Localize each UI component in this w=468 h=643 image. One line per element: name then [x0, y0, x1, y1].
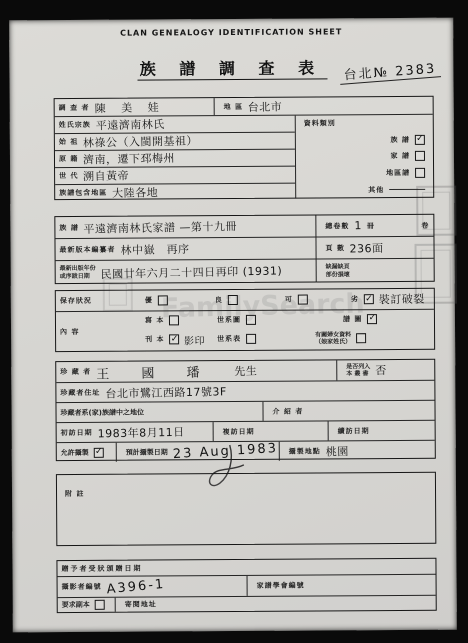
- category-option-other: 其他: [304, 184, 425, 195]
- generation-label: 世 代: [59, 171, 78, 181]
- condition-option-label: 劣: [351, 294, 359, 304]
- content-checkbox: [246, 334, 256, 344]
- film-place-label: 攝製地點: [289, 446, 321, 456]
- content-item-label: 刊 本: [145, 334, 164, 344]
- book-name-value: 平遠濟南林氏家譜 —第十九冊: [84, 217, 238, 236]
- second-visit-label: 複訪日期: [223, 426, 255, 436]
- category-checkbox: [415, 168, 425, 178]
- editor-label: 最新版本編纂者: [60, 244, 116, 254]
- pages-label: 頁 數: [326, 243, 345, 253]
- ancestor-value: 林祿公（入閩開基祖）: [83, 132, 198, 150]
- content-checkbox: ✓: [169, 334, 179, 344]
- collector-label: 珍 藏 者: [60, 367, 91, 377]
- coverage-label: 族譜包含地區: [59, 188, 107, 198]
- contents-row: 內 容 寫 本 世系圖 譜 圖 ✓: [56, 310, 434, 351]
- condition-checkbox: [158, 295, 168, 305]
- category-label: 資料類別: [304, 118, 425, 129]
- condition-option-label: 可: [285, 295, 293, 305]
- society-number-label: 家譜學會編號: [257, 581, 305, 591]
- volumes-unit-ce: 冊: [367, 221, 375, 231]
- area-value: 台北市: [248, 98, 283, 115]
- coverage-value: 大陸各地: [112, 184, 158, 201]
- collector-name: 王 國 璠: [96, 361, 214, 382]
- category-option-label: 其他: [368, 185, 384, 195]
- surveyor-label: 調 查 者: [59, 102, 90, 112]
- content-item-label: 世系表: [217, 334, 241, 344]
- copy-request-row: 要求副本 寄閱地址: [58, 596, 436, 612]
- award-date-label: 贈予者受狀頒贈日期: [61, 563, 142, 573]
- content-lineage-chart: 世系圖: [217, 314, 309, 325]
- listed-label: 是否列入本 叢 書: [346, 363, 370, 378]
- content-women-data: 有關婦女資料（娘家姓氏）: [315, 331, 366, 346]
- condition-checkbox: ✓: [364, 294, 374, 304]
- permission-label: 允許攝製: [61, 447, 89, 457]
- content-manuscript: 寫 本: [145, 315, 217, 325]
- category-option-label: 族 譜: [390, 135, 409, 145]
- third-visit-label: 續訪日期: [338, 426, 370, 436]
- pubdate-value: 民國廿年六月二十四日再印 (1931): [101, 262, 283, 282]
- clan-value: 平遠濟南林氏: [96, 116, 165, 133]
- printed-note: 影印: [184, 332, 205, 347]
- content-checkbox: [246, 314, 256, 324]
- volumes-label: 總卷數: [325, 221, 349, 231]
- generation-row: 世 代 溯自黃帝: [55, 167, 295, 185]
- area-label: 地 區: [224, 101, 243, 111]
- scanned-genealogy-sheet: { "frame": { "header": "CLAN GENEALOGY I…: [0, 0, 468, 643]
- position-label: 珍藏者系(家)族譜中之地位: [61, 407, 144, 418]
- position-row: 珍藏者系(家)族譜中之地位 介 紹 者: [56, 401, 434, 423]
- condition-option-label: 優: [145, 295, 153, 305]
- women-data-label: 有關婦女資料（娘家姓氏）: [315, 331, 351, 346]
- origin-row: 原 籍 濟南，遷下邳梅州: [55, 150, 295, 168]
- paper-sheet: CLAN GENEALOGY IDENTIFICATION SHEET 族 譜 …: [9, 18, 457, 633]
- content-printed: 刊 本 ✓ 影印: [145, 332, 217, 347]
- content-checkbox: ✓: [367, 314, 377, 324]
- basic-info-table: 調 查 者 陳 美 娃 地 區 台北市 姓氏宗族 平遠濟南林氏 始 祖 林祿公（…: [54, 96, 435, 200]
- book-name-label: 族 譜: [59, 222, 78, 232]
- category-option: 家 譜: [304, 151, 425, 162]
- editor-row: 最新版本編纂者 林中嶽 再序 頁 數 236面: [55, 237, 433, 261]
- missing-pages-label: 缺漏缺頁部份損壞: [326, 263, 350, 278]
- category-option-label: 家 譜: [391, 151, 410, 161]
- book-name-row: 族 譜 平遠濟南林氏家譜 —第十九冊 總卷數 1 冊 卷: [55, 215, 433, 239]
- first-visit-value: 1983年8月11日: [98, 423, 185, 441]
- film-date-label: 預計攝製日期: [126, 447, 168, 457]
- surveyor-value: 陳 美 娃: [94, 98, 164, 115]
- collector-address-label: 珍藏者住址: [60, 387, 100, 397]
- pages-value: 236面: [350, 239, 384, 256]
- collector-address-row: 珍藏者住址 台北市鷺江西路17號3F: [56, 381, 434, 403]
- condition-checkbox: [228, 295, 238, 305]
- photographer-row: 攝影者編號 A396-1 家譜學會編號: [58, 575, 436, 598]
- origin-value: 濟南，遷下邳梅州: [83, 150, 175, 168]
- condition-table: 保存狀況 優 良 可 劣 ✓ 裝訂破裂 內 容: [55, 288, 435, 352]
- collector-address-value: 台北市鷺江西路17號3F: [105, 383, 227, 401]
- volumes-value: 1: [354, 219, 362, 232]
- category-option: 族 譜 ✓: [304, 134, 425, 145]
- mailing-address-label: 寄閱地址: [125, 599, 157, 609]
- condition-option-poor: 劣 ✓ 裝訂破裂: [351, 291, 425, 307]
- condition-option-label: 良: [215, 295, 223, 305]
- condition-option-fair: 可: [285, 295, 308, 305]
- collector-name-row: 珍 藏 者 王 國 璠 先生 是否列入本 叢 書 否: [56, 360, 434, 383]
- title-underline: [137, 78, 327, 80]
- copy-request-label: 要求副本: [62, 600, 90, 610]
- content-genealogy-chart: 譜 圖 ✓: [343, 314, 377, 324]
- condition-option-excellent: 優: [145, 295, 168, 305]
- copy-request-checkbox: [95, 600, 105, 610]
- volumes-unit-juan: 卷: [421, 220, 429, 230]
- clan-row: 姓氏宗族 平遠濟南林氏: [55, 116, 295, 134]
- pubdate-row: 最新出版年份或序跋日期 民國廿年六月二十四日再印 (1931) 缺漏缺頁部份損壞: [56, 259, 434, 284]
- category-checkbox: ✓: [415, 134, 425, 144]
- condition-checkbox: [298, 295, 308, 305]
- generation-value: 溯自黃帝: [83, 167, 129, 184]
- editor-value: 林中嶽 再序: [120, 240, 189, 257]
- coverage-row: 族譜包含地區 大陸各地: [55, 184, 295, 201]
- introducer-label: 介 紹 者: [272, 406, 303, 416]
- content-item-label: 寫 本: [145, 315, 164, 325]
- listed-answer: 否: [375, 362, 387, 378]
- permission-checkbox: ✓: [94, 447, 104, 457]
- book-details-table: 族 譜 平遠濟南林氏家譜 —第十九冊 總卷數 1 冊 卷 最新版本編纂者 林中嶽…: [54, 214, 434, 284]
- content-lineage-table: 世系表: [217, 334, 309, 345]
- film-place-value: 桃園: [326, 443, 349, 459]
- condition-note: 裝訂破裂: [379, 291, 425, 308]
- condition-label: 保存狀況: [60, 296, 130, 306]
- notes-label: 附 註: [65, 490, 84, 498]
- notes-table: 附 註: [56, 472, 436, 546]
- photographer-label: 攝影者編號: [62, 582, 102, 592]
- surveyor-row: 調 查 者 陳 美 娃 地 區 台北市: [55, 97, 433, 117]
- category-option: 地區譜: [304, 168, 425, 179]
- pubdate-label: 最新出版年份或序跋日期: [60, 265, 96, 280]
- ancestor-row: 始 祖 林祿公（入閩開基祖）: [55, 133, 295, 151]
- content-checkbox: [356, 333, 366, 343]
- ancestor-label: 始 祖: [59, 137, 78, 147]
- first-visit-label: 初訪日期: [61, 427, 93, 437]
- content-checkbox: [169, 315, 179, 325]
- visit-dates-row: 初訪日期 1983年8月11日 複訪日期 續訪日期: [57, 421, 435, 443]
- origin-label: 原 籍: [59, 154, 78, 164]
- other-blank-line: [389, 189, 425, 190]
- content-item-label: 譜 圖: [343, 314, 362, 324]
- condition-option-good: 良: [215, 295, 238, 305]
- photographer-number: A396-1: [106, 576, 166, 596]
- collector-honorific: 先生: [234, 363, 257, 379]
- condition-row: 保存狀況 優 良 可 劣 ✓ 裝訂破裂: [56, 289, 434, 312]
- category-checkbox: [415, 151, 425, 161]
- category-option-label: 地區譜: [386, 168, 410, 178]
- english-header: CLAN GENEALOGY IDENTIFICATION SHEET: [9, 27, 453, 39]
- contents-label: 內 容: [60, 326, 130, 336]
- admin-table: 贈予者受狀頒贈日期 攝影者編號 A396-1 家譜學會編號 要求副本 寄閱地址: [56, 558, 436, 613]
- content-item-label: 世系圖: [217, 314, 241, 324]
- clan-label: 姓氏宗族: [59, 120, 91, 130]
